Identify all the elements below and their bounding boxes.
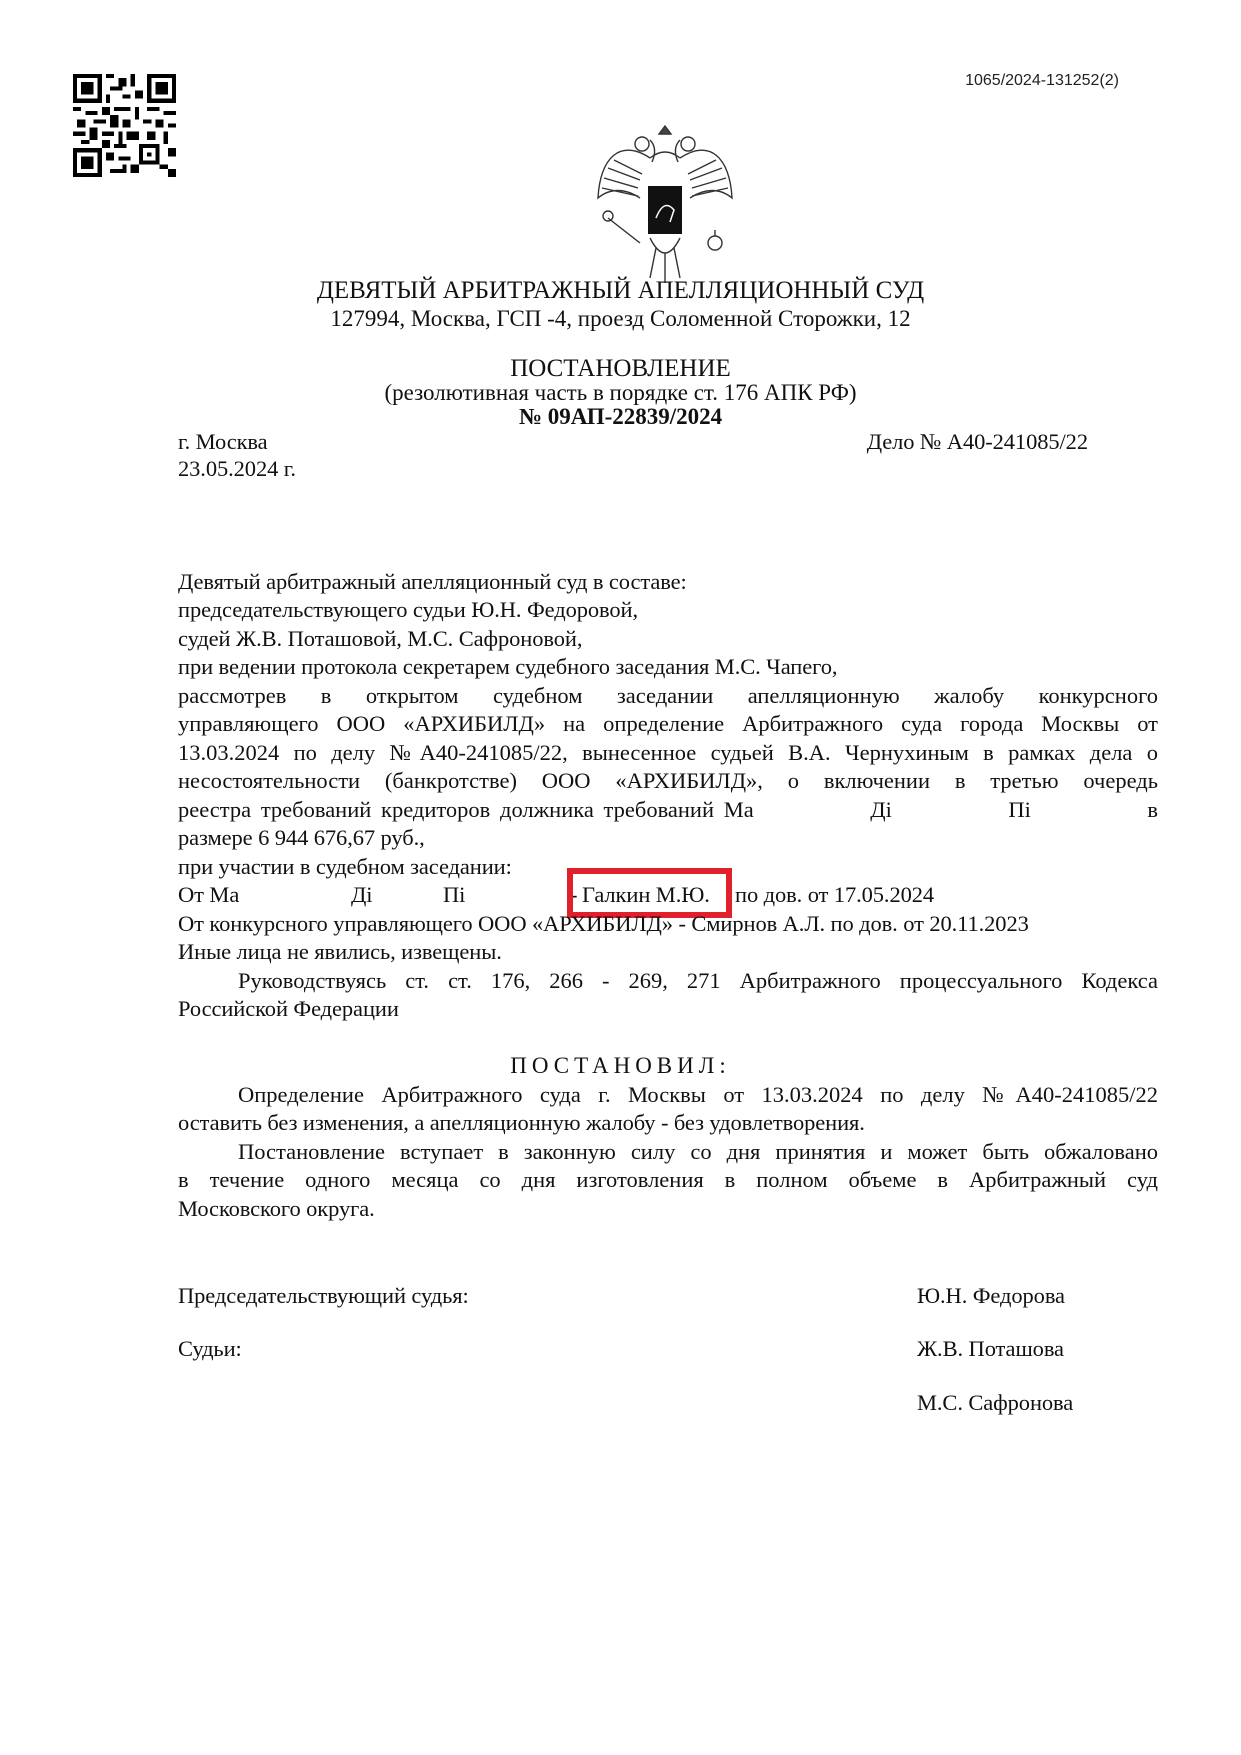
power-of-attorney: по дов. от 17.05.2024 [735,881,934,910]
qr-code-icon [73,74,176,177]
participant-line: Иные лица не явились, извещены. [178,938,502,967]
participation-intro: при участии в судебном заседании: [178,853,512,882]
considering-line: реестра требований кредиторов должника т… [178,796,1158,825]
presiding-label: Председательствующий судья: [178,1282,469,1311]
resolution-line: оставить без изменения, а апелляционную … [178,1109,865,1138]
document-number: № 09АП-22839/2024 [0,403,1241,431]
court-name: ДЕВЯТЫЙ АРБИТРАЖНЫЙ АПЕЛЛЯЦИОННЫЙ СУД [0,277,1241,305]
considering-line: рассмотрев в открытом судебном заседании… [178,682,1158,711]
judges-label: Судьи: [178,1335,242,1364]
composition-line: Девятый арбитражный апелляционный суд в … [178,568,687,597]
participant-line: От конкурсного управляющего ООО «АРХИБИЛ… [178,910,1029,939]
composition-line: председательствующего судьи Ю.Н. Федоров… [178,596,638,625]
presiding-name: Ю.Н. Федорова [917,1282,1065,1311]
participant-redacted: Ді [351,881,372,910]
resolution-heading: ПОСТАНОВИЛ: [0,1052,1241,1080]
composition-line: судей Ж.В. Поташовой, М.С. Сафроновой, [178,625,582,654]
coat-of-arms-icon [590,118,740,288]
judge-name: М.С. Сафронова [917,1389,1073,1418]
considering-line: 13.03.2024 по делу №А40-241085/22, вынес… [178,739,1158,768]
considering-line: несостоятельности (банкротстве) ООО «АРХ… [178,767,1158,796]
document-id: 1065/2024-131252(2) [965,72,1119,90]
participant-redacted: Пі [443,881,465,910]
city: г. Москва [178,428,268,457]
considering-line: размере 6 944 676,67 руб., [178,824,425,853]
resolution-line: в течение одного месяца со дня изготовле… [178,1166,1158,1195]
resolution-line: Постановление вступает в законную силу с… [178,1138,1158,1167]
participant-redacted: От Ма [178,881,239,910]
considering-line: управляющего ООО «АРХИБИЛД» на определен… [178,710,1158,739]
date: 23.05.2024 г. [178,455,296,484]
case-number: Дело № А40-241085/22 [867,428,1088,457]
guided-by-line: Российской Федерации [178,995,399,1024]
resolution-line: Московского округа. [178,1195,375,1224]
judge-name: Ж.В. Поташова [917,1335,1064,1364]
composition-line: при ведении протокола секретарем судебно… [178,653,837,682]
court-address: 127994, Москва, ГСП -4, проезд Соломенно… [0,305,1241,333]
guided-by-line: Руководствуясь ст. ст. 176, 266 - 269, 2… [178,967,1158,996]
resolution-line: Определение Арбитражного суда г. Москвы … [178,1081,1158,1110]
